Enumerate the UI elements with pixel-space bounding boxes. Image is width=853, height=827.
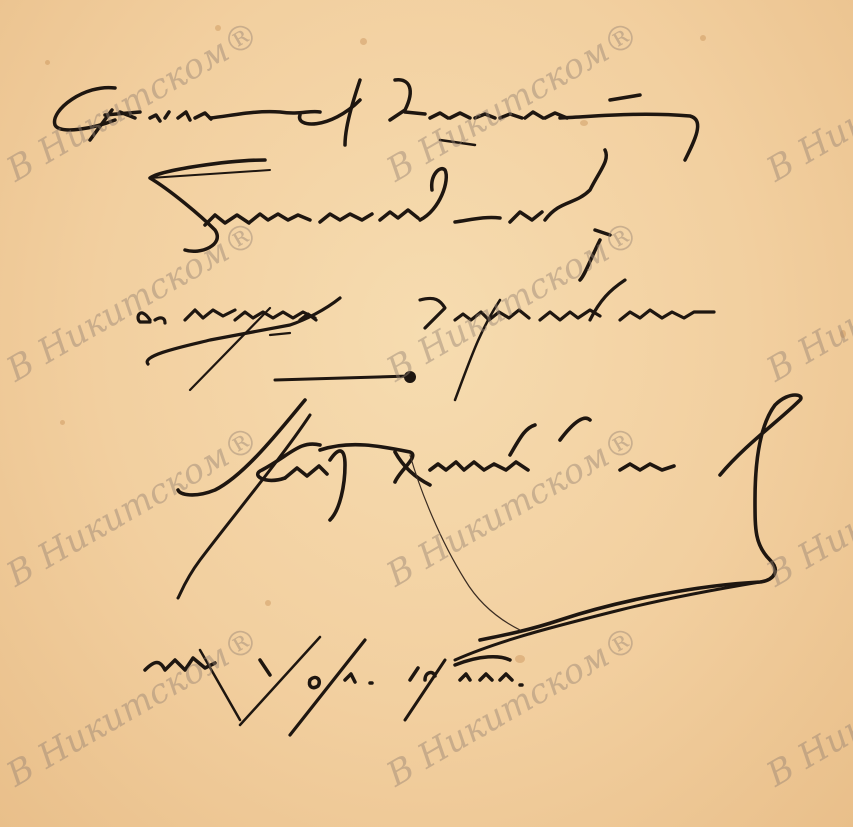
line-greeting [138,280,714,400]
line-addressee-1 [55,80,698,160]
line-addressee-2 [150,150,610,280]
date-line [145,582,760,735]
handwriting-ink [0,0,853,827]
inscription-page: В Никитском® В Никитском® В Никитском® В… [0,0,853,827]
signature [178,395,801,640]
